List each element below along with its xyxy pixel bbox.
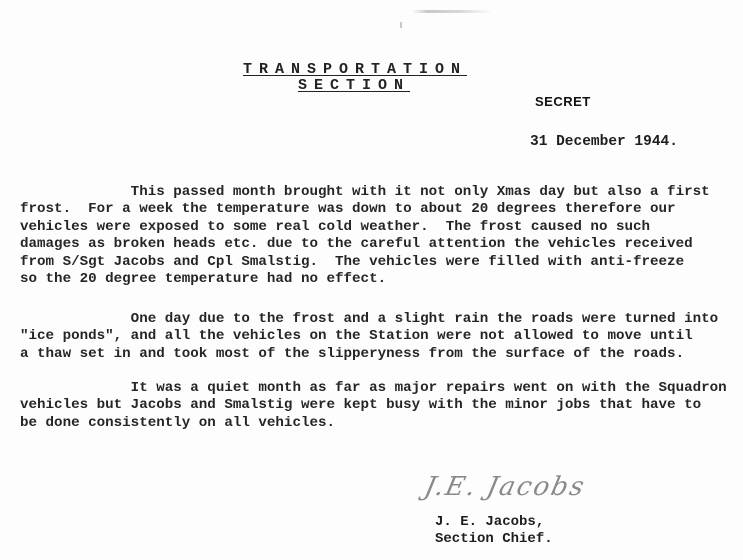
signatory-title: Section Chief.	[435, 531, 553, 547]
document-subtitle: SECTION	[298, 77, 410, 94]
document-page: TRANSPORTATION SECTION SECRET 31 Decembe…	[0, 0, 743, 560]
classification-stamp: SECRET	[535, 94, 591, 109]
paragraph-2: One day due to the frost and a slight ra…	[20, 311, 740, 363]
signature-block: J. E. Jacobs, Section Chief.	[435, 514, 553, 548]
paragraph-3: It was a quiet month as far as major rep…	[20, 380, 740, 432]
paragraph-1: This passed month brought with it not on…	[20, 184, 740, 288]
handwritten-signature: J.E. Jacobs	[422, 472, 589, 502]
scan-smudge	[412, 10, 492, 13]
document-title: TRANSPORTATION	[243, 61, 467, 78]
document-date: 31 December 1944.	[530, 134, 678, 150]
signatory-name: J. E. Jacobs,	[435, 514, 544, 530]
scan-smudge	[400, 22, 402, 28]
